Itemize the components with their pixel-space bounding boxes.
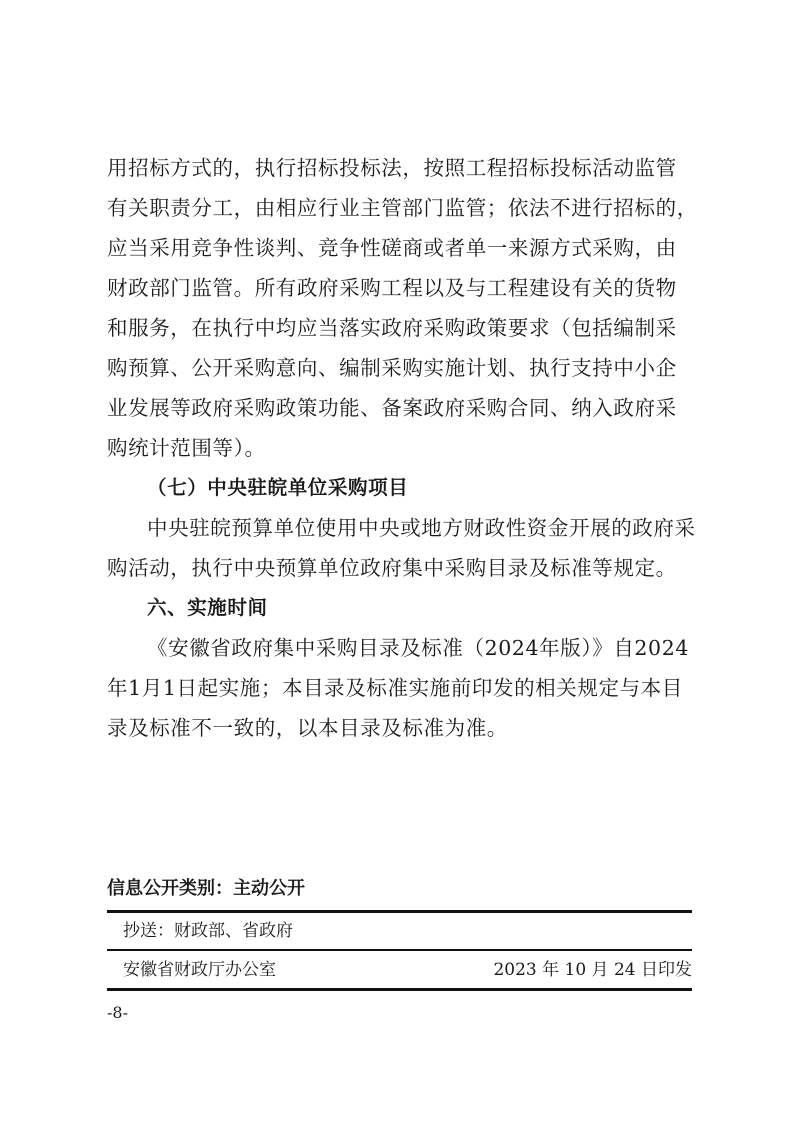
paragraph-line: 用招标方式的，执行招标投标法，按照工程招标投标活动监管 — [107, 153, 677, 183]
section-heading-6: 六、实施时间 — [147, 593, 268, 623]
issue-date: 2023 年 10 月 24 日印发 — [493, 955, 692, 980]
paragraph-line: 和服务，在执行中均应当落实政府采购政策要求（包括编制采 — [107, 313, 677, 343]
info-disclosure-category: 信息公开类别：主动公开 — [107, 874, 305, 900]
section-heading-7: （七）中央驻皖单位采购项目 — [147, 473, 408, 503]
cc-recipients: 抄送：财政部、省政府 — [123, 916, 293, 941]
paragraph-line: 录及标准不一致的，以本目录及标准为准。 — [107, 713, 508, 743]
paragraph-line: 应当采用竞争性谈判、竞争性磋商或者单一来源方式采购，由 — [107, 233, 677, 263]
divider-middle — [107, 949, 692, 951]
paragraph-line: 业发展等政府采购政策功能、备案政府采购合同、纳入政府采 — [107, 393, 677, 423]
paragraph-line: 购预算、公开采购意向、编制采购实施计划、执行支持中小企 — [107, 353, 677, 383]
paragraph-line: 购统计范围等）。 — [107, 433, 266, 463]
divider-bottom — [107, 988, 692, 991]
paragraph-line: 有关职责分工，由相应行业主管部门监管；依法不进行招标的， — [107, 193, 698, 223]
paragraph-line: 购活动，执行中央预算单位政府集中采购目录及标准等规定。 — [107, 553, 677, 583]
divider-top — [107, 910, 692, 913]
document-page: 用招标方式的，执行招标投标法，按照工程招标投标活动监管 有关职责分工，由相应行业… — [0, 0, 793, 1122]
page-number: -8- — [107, 1003, 128, 1022]
issuing-office: 安徽省财政厅办公室 — [123, 955, 276, 980]
paragraph-line: 中央驻皖预算单位使用中央或地方财政性资金开展的政府采 — [147, 513, 696, 543]
paragraph-line: 《安徽省政府集中采购目录及标准（2024年版）》自2024 — [147, 633, 689, 663]
paragraph-line: 财政部门监管。所有政府采购工程以及与工程建设有关的货物 — [107, 273, 677, 303]
paragraph-line: 年1月1日起实施；本目录及标准实施前印发的相关规定与本目 — [107, 673, 683, 703]
